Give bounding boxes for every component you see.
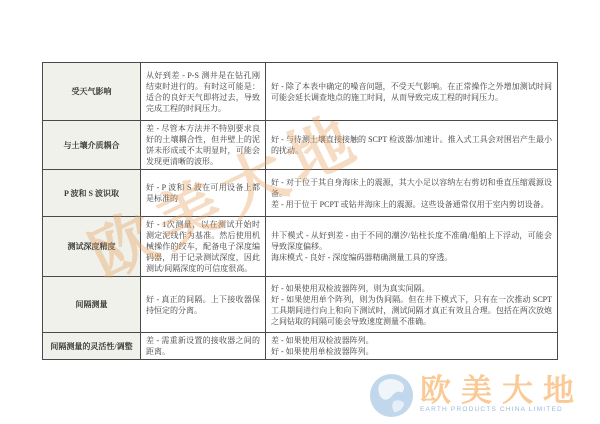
criterion-cell: 与土壤介质耦合 xyxy=(43,121,141,170)
criterion-cell: 测试深度精度 xyxy=(43,217,141,277)
scpt-cell: 好 - 对于位于其自身海床上的震源，其大小足以容纳左右剪切和垂直压缩震源设备。 … xyxy=(266,170,558,217)
logo-company-name: 欧美大地 xyxy=(420,376,584,406)
scpt-cell: 差 - 如果使用双检波器阵列。 好 - 如果使用单检波器阵列。 xyxy=(266,333,558,360)
criterion-cell: P 波和 S 波识取 xyxy=(43,170,141,217)
ps-logging-cell: 好 - 1次测量，以在测试开始时测定泥线作为基准。然后使用机械操作的绞车，配备电… xyxy=(141,217,266,277)
cell-paragraph: 好 - 1次测量，以在测试开始时测定泥线作为基准。然后使用机械操作的绞车，配备电… xyxy=(146,219,260,274)
cell-paragraph: 好 - 除了本表中确定的噪音问题，不受天气影响。在正常操作之外增加测试时间可能会… xyxy=(271,81,552,103)
ps-logging-cell: 好 - P 波和 S 波在可用设备上都是标准的 xyxy=(141,170,266,217)
criterion-cell: 受天气影响 xyxy=(43,63,141,121)
cell-paragraph: 好 - P 波和 S 波在可用设备上都是标准的 xyxy=(146,182,260,204)
ps-logging-cell: 从好到差 - P-S 测井是在钻孔刚结束时进行的。有时这可能是：适合的良好天气即… xyxy=(141,63,266,121)
logo-text-block: 欧美大地 EARTH PRODUCTS CHINA LIMITED xyxy=(420,372,584,413)
cell-paragraph: 好 - 如果使用单检波器阵列。 xyxy=(271,346,552,357)
cell-paragraph: 好 - 真正的间隔。上下接收器保持恒定的分离。 xyxy=(146,294,260,316)
cell-paragraph: 从好到差 - P-S 测井是在钻孔刚结束时进行的。有时这可能是：适合的良好天气即… xyxy=(146,70,260,114)
cell-paragraph: 好 - 与待测土壤直接接触的 SCPT 检波器/加速计。推入式工具会对围岩产生最… xyxy=(271,134,552,156)
cell-paragraph: 差 - 如果使用双检波器阵列。 xyxy=(271,335,552,346)
globe-icon xyxy=(368,372,415,419)
table-row: P 波和 S 波识取 好 - P 波和 S 波在可用设备上都是标准的 好 - 对… xyxy=(43,170,558,217)
scpt-cell: 好 - 除了本表中确定的噪音问题，不受天气影响。在正常操作之外增加测试时间可能会… xyxy=(266,63,558,121)
cell-paragraph: 好 - 对于位于其自身海床上的震源，其大小足以容纳左右剪切和垂直压缩震源设备。 xyxy=(271,177,552,199)
cell-paragraph: 好 - 如果使用双检波器阵列，则为真实间隔。 xyxy=(271,283,552,294)
cell-paragraph: 差 - 尽管本方法并不特别要求良好的土壤耦合性，但井壁上的泥饼未形成或不太明显时… xyxy=(146,123,260,167)
table-row: 与土壤介质耦合 差 - 尽管本方法并不特别要求良好的土壤耦合性，但井壁上的泥饼未… xyxy=(43,121,558,170)
table-row: 受天气影响 从好到差 - P-S 测井是在钻孔刚结束时进行的。有时这可能是：适合… xyxy=(43,63,558,121)
scpt-cell: 好 - 如果使用双检波器阵列，则为真实间隔。 好 - 如果使用单个阵列，则为伪间… xyxy=(266,277,558,333)
cell-paragraph: 差 - 需重新设置的接收器之间的距离。 xyxy=(146,335,260,357)
document-page: 欧美大地 受天气影响 从好到差 - P-S 测井是在钻孔刚结束时进行的。有时这可… xyxy=(0,0,600,424)
comparison-table: 受天气影响 从好到差 - P-S 测井是在钻孔刚结束时进行的。有时这可能是：适合… xyxy=(42,62,558,360)
criterion-cell: 间隔测量的灵活性/调整 xyxy=(43,333,141,360)
logo-tagline: EARTH PRODUCTS CHINA LIMITED xyxy=(420,406,584,413)
cell-paragraph: 差 - 用于位于 PCPT 或钻井海床上的震源。这些设备通常仅用于室内剪切设备。 xyxy=(271,199,552,210)
cell-paragraph: 好 - 如果使用单个阵列，则为伪间隔。但在井下模式下，只有在一次推动 SCPT … xyxy=(271,294,552,327)
ps-logging-cell: 差 - 尽管本方法并不特别要求良好的土壤耦合性，但井壁上的泥饼未形成或不太明显时… xyxy=(141,121,266,170)
table-row: 间隔测量 好 - 真正的间隔。上下接收器保持恒定的分离。 好 - 如果使用双检波… xyxy=(43,277,558,333)
ps-logging-cell: 差 - 需重新设置的接收器之间的距离。 xyxy=(141,333,266,360)
scpt-cell: 井下模式 - 从好到差 - 由于不同的潮汐/钻柱长度不准确/船舶上下浮动，可能会… xyxy=(266,217,558,277)
company-logo: 欧美大地 EARTH PRODUCTS CHINA LIMITED xyxy=(368,372,584,419)
cell-paragraph: 海床模式 - 良好 - 深度编码器精确测量工具的穿透。 xyxy=(271,252,552,263)
criterion-cell: 间隔测量 xyxy=(43,277,141,333)
table-row: 间隔测量的灵活性/调整 差 - 需重新设置的接收器之间的距离。 差 - 如果使用… xyxy=(43,333,558,360)
ps-logging-cell: 好 - 真正的间隔。上下接收器保持恒定的分离。 xyxy=(141,277,266,333)
cell-paragraph: 井下模式 - 从好到差 - 由于不同的潮汐/钻柱长度不准确/船舶上下浮动，可能会… xyxy=(271,230,552,252)
scpt-cell: 好 - 与待测土壤直接接触的 SCPT 检波器/加速计。推入式工具会对围岩产生最… xyxy=(266,121,558,170)
table-row: 测试深度精度 好 - 1次测量，以在测试开始时测定泥线作为基准。然后使用机械操作… xyxy=(43,217,558,277)
